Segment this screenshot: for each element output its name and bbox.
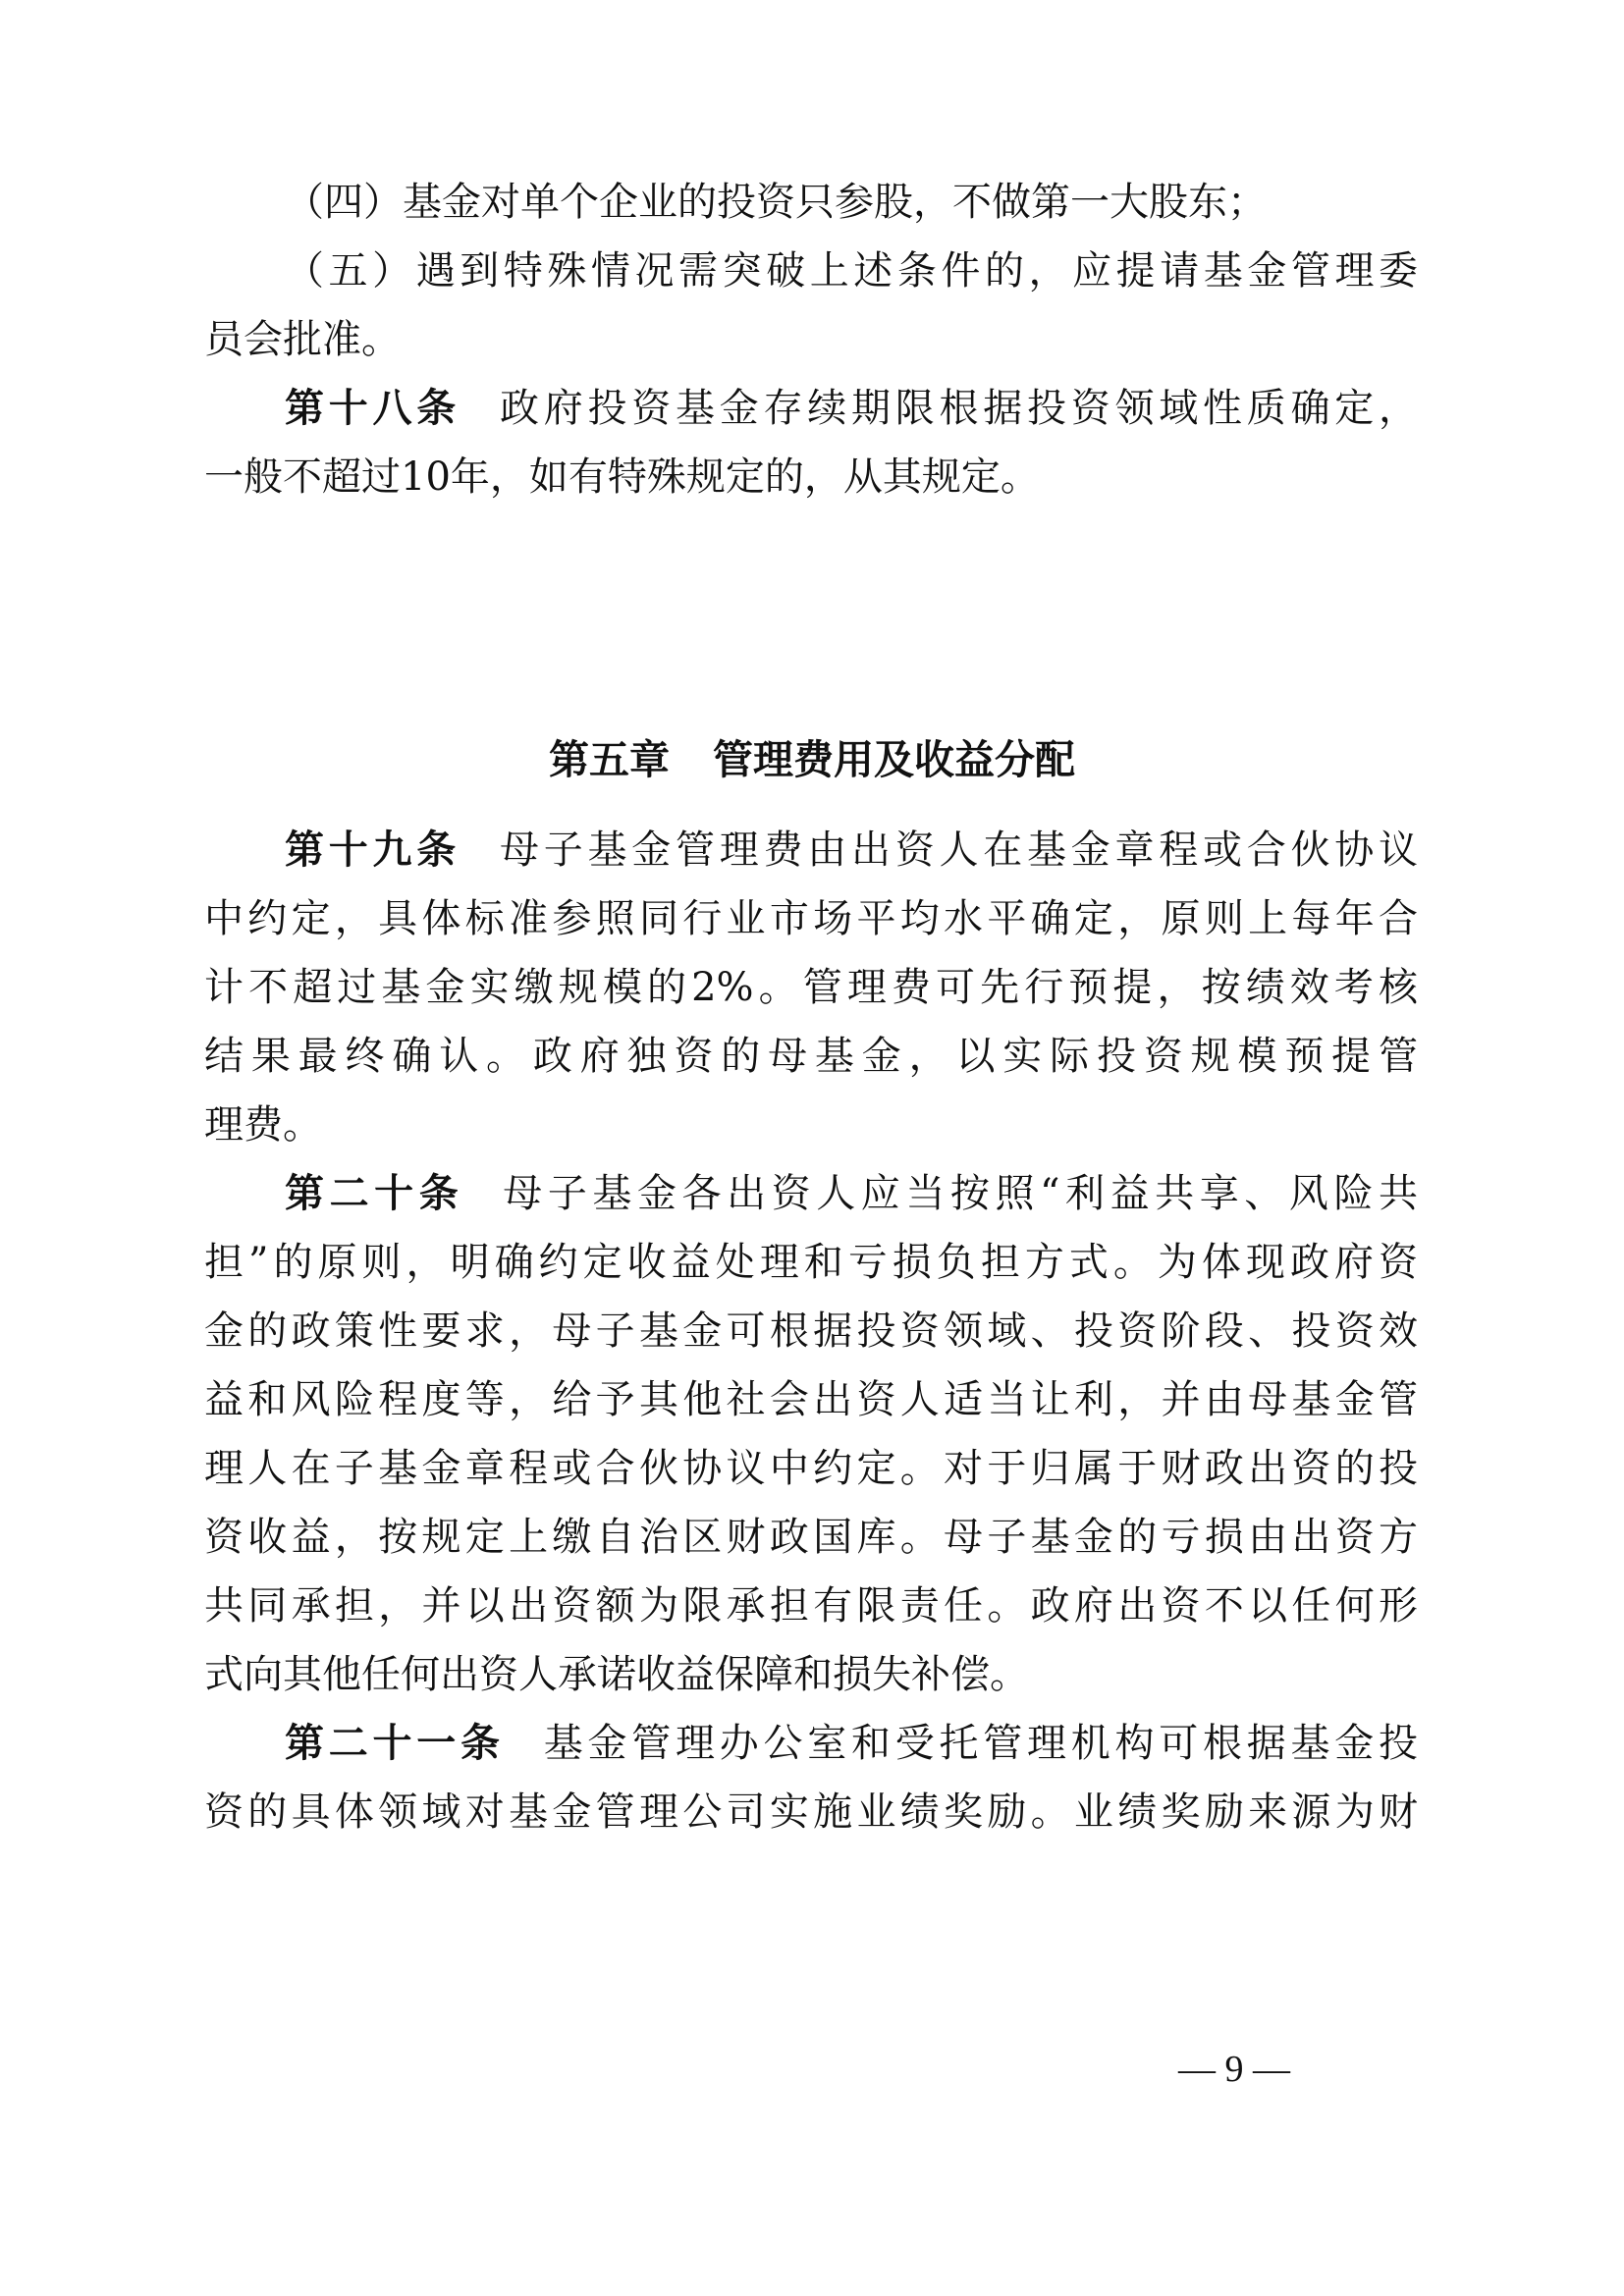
article-20-line-7: 共同承担，并以出资额为限承担有限责任。政府出资不以任何形 — [204, 1576, 1418, 1635]
article-18: 第十八条政府投资基金存续期限根据投资领域性质确定， — [285, 379, 1418, 438]
list-item-5-cont: 员会批准。 — [204, 310, 1418, 369]
article-text: 母子基金管理费由出资人在基金章程或合伙协议 — [500, 828, 1418, 873]
article-20-line-3: 金的政策性要求，母子基金可根据投资领域、投资阶段、投资效 — [204, 1302, 1418, 1361]
article-20-line-6: 资收益，按规定上缴自治区财政国库。母子基金的亏损由出资方 — [204, 1508, 1418, 1567]
article-20: 第二十条母子基金各出资人应当按照“利益共享、风险共 — [285, 1164, 1418, 1223]
article-20-line-4: 益和风险程度等，给予其他社会出资人适当让利，并由母基金管 — [204, 1370, 1418, 1429]
article-label: 第十八条 — [285, 386, 460, 431]
article-21: 第二十一条基金管理办公室和受托管理机构可根据基金投 — [285, 1714, 1418, 1773]
article-text: 母子基金各出资人应当按照“利益共享、风险共 — [503, 1171, 1418, 1216]
chapter-number: 第五章 — [549, 736, 670, 783]
item-text: 遇到特殊情况需突破上述条件的，应提请基金管理委 — [416, 248, 1418, 294]
item-label: （五） — [285, 248, 416, 294]
chapter-heading: 第五章管理费用及收益分配 — [0, 730, 1624, 789]
article-19-line-4: 结果最终确认。政府独资的母基金，以实际投资规模预提管 — [204, 1027, 1418, 1086]
article-19: 第十九条母子基金管理费由出资人在基金章程或合伙协议 — [285, 821, 1418, 880]
list-item-5: （五）遇到特殊情况需突破上述条件的，应提请基金管理委 — [285, 241, 1418, 300]
chapter-title: 管理费用及收益分配 — [713, 736, 1075, 783]
list-item-4: （四）基金对单个企业的投资只参股，不做第一大股东； — [285, 173, 1418, 232]
item-label: （四） — [285, 180, 403, 225]
article-20-line-5: 理人在子基金章程或合伙协议中约定。对于归属于财政出资的投 — [204, 1439, 1418, 1498]
article-label: 第十九条 — [285, 828, 460, 873]
article-21-line-2: 资的具体领域对基金管理公司实施业绩奖励。业绩奖励来源为财 — [204, 1783, 1418, 1842]
article-label: 第二十条 — [285, 1171, 463, 1216]
article-19-line-5: 理费。 — [204, 1095, 1418, 1154]
article-20-line-2: 担”的原则，明确约定收益处理和亏损负担方式。为体现政府资 — [204, 1233, 1418, 1292]
article-19-line-3: 计不超过基金实缴规模的2%。管理费可先行预提，按绩效考核 — [204, 958, 1418, 1017]
article-20-line-8: 式向其他任何出资人承诺收益保障和损失补偿。 — [204, 1645, 1418, 1704]
article-18-cont: 一般不超过10年，如有特殊规定的，从其规定。 — [204, 448, 1418, 507]
article-label: 第二十一条 — [285, 1721, 505, 1766]
article-19-line-2: 中约定，具体标准参照同行业市场平均水平确定，原则上每年合 — [204, 889, 1418, 948]
page-number: — 9 — — [1178, 2050, 1290, 2089]
item-text: 基金对单个企业的投资只参股，不做第一大股东； — [403, 180, 1267, 225]
article-text: 政府投资基金存续期限根据投资领域性质确定， — [500, 386, 1418, 431]
article-text: 基金管理办公室和受托管理机构可根据基金投 — [544, 1721, 1418, 1766]
